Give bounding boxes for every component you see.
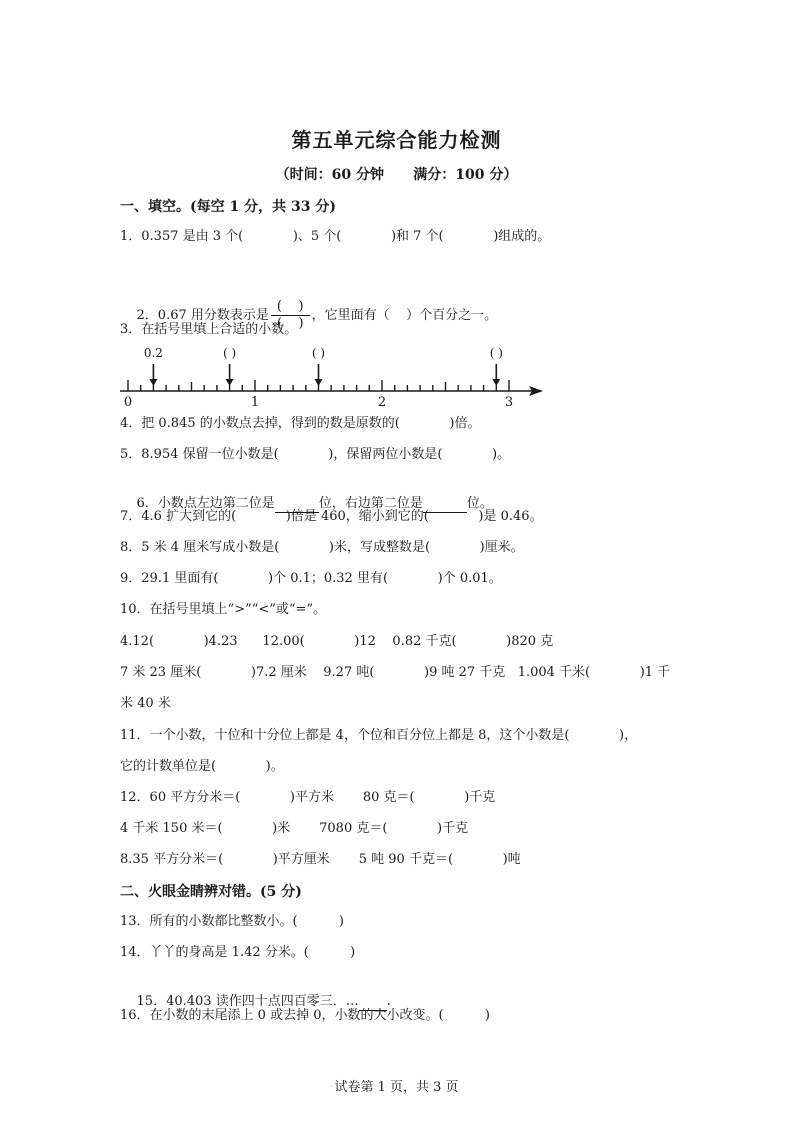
number-line-graphic: 01230.2( )( )( ) xyxy=(120,346,543,410)
svg-text:1: 1 xyxy=(251,395,259,410)
svg-text:0.2: 0.2 xyxy=(144,346,163,360)
question-11: 11．一个小数，十位和十分位上都是 4，个位和百分位上都是 8，这个小数是( )… xyxy=(120,727,637,745)
fraction-numerator: ( ) xyxy=(271,299,310,316)
svg-text:( ): ( ) xyxy=(223,346,236,360)
question-16: 16．在小数的末尾添上 0 或去掉 0，小数的大小改变。( ) xyxy=(120,1007,490,1025)
question-4: 4．把 0.845 的小数点去掉，得到的数是原数的( )倍。 xyxy=(120,415,480,433)
question-14: 14．丫丫的身高是 1.42 分米。( ) xyxy=(120,944,355,962)
svg-text:( ): ( ) xyxy=(490,346,503,360)
question-10-row-2: 7 米 23 厘米( )7.2 厘米 9.27 吨( )9 吨 27 千克 1.… xyxy=(120,664,670,682)
exam-meta: （时间：60 分钟 满分：100 分） xyxy=(0,164,793,184)
question-10-row-1: 4.12( )4.23 12.00( )12 0.82 千克( )820 克 xyxy=(120,633,553,651)
question-3: 3．在括号里填上合适的小数。 xyxy=(120,321,297,339)
question-12-row-2: 4 千米 150 米＝( )米 7080 克＝( )千克 xyxy=(120,820,468,838)
number-line: 01230.2( )( )( ) xyxy=(115,340,555,410)
question-8: 8．5 米 4 厘米写成小数是( )米，写成整数是( )厘米。 xyxy=(120,539,524,557)
page-title: 第五单元综合能力检测 xyxy=(0,124,793,153)
question-10-row-3: 米 40 米 xyxy=(120,695,171,713)
question-13: 13．所有的小数都比整数小。( ) xyxy=(120,913,344,931)
svg-text:( ): ( ) xyxy=(312,346,325,360)
section-heading-true-false: 二、火眼金睛辨对错。(5 分) xyxy=(120,881,302,901)
section-heading-fill-blank: 一、填空。(每空 1 分，共 33 分) xyxy=(120,196,336,216)
question-11-continued: 它的计数单位是( )。 xyxy=(120,758,284,776)
svg-text:0: 0 xyxy=(124,395,132,410)
question-12-row-1: 12．60 平方分米＝( )平方米 80 克＝( )千克 xyxy=(120,789,495,807)
question-9: 9．29.1 里面有( )个 0.1；0.32 里有( )个 0.01。 xyxy=(120,570,502,588)
svg-text:2: 2 xyxy=(378,395,386,410)
question-12-row-3: 8.35 平方分米＝( )平方厘米 5 吨 90 千克＝( )吨 xyxy=(120,851,521,869)
question-5: 5．8.954 保留一位小数是( )，保留两位小数是( )。 xyxy=(120,446,510,464)
question-2-suffix: ，它里面有（ ）个百分之一。 xyxy=(312,308,498,323)
question-1: 1．0.357 是由 3 个( )、5 个( )和 7 个( )组成的。 xyxy=(120,228,550,246)
svg-text:3: 3 xyxy=(505,395,513,410)
question-10: 10．在括号里填上“>”“<”或“=”。 xyxy=(120,601,326,619)
exam-page: 第五单元综合能力检测 （时间：60 分钟 满分：100 分） 一、填空。(每空 … xyxy=(0,0,793,1122)
page-footer: 试卷第 1 页，共 3 页 xyxy=(0,1076,793,1095)
question-7: 7．4.6 扩大到它的( )倍是 460，缩小到它的( )是 0.46。 xyxy=(120,508,543,526)
